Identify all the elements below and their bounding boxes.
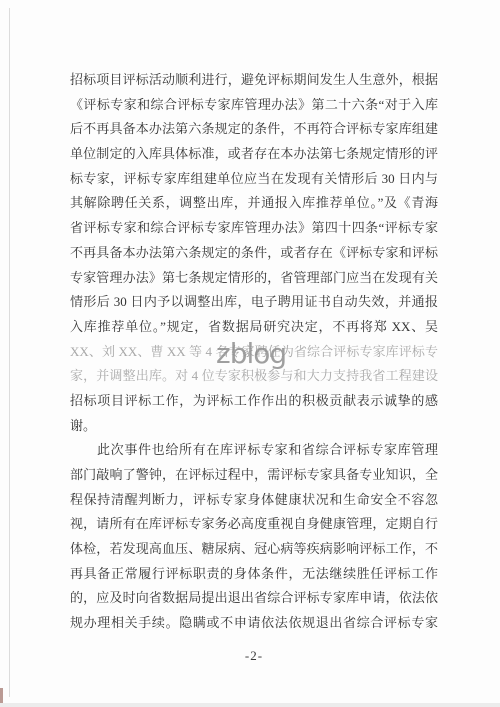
text-line: 视，请所有在库评标专家务必高度重视自身健康管理，定期自行 bbox=[70, 512, 438, 537]
text-line: 情形后 30 日内予以调整出库，电子聘用证书自动失效，并通报 bbox=[70, 290, 438, 315]
text-line: 的，应及时向省数据局提出退出省综合评标专家库申请，依法依 bbox=[70, 586, 438, 611]
text-line: 部门敲响了警钟，在评标过程中，需评标专家具备专业知识，全 bbox=[70, 463, 438, 488]
watermark: zblog bbox=[216, 337, 286, 370]
text-line: 谢。 bbox=[70, 414, 438, 439]
scan-bottom-shadow bbox=[0, 703, 500, 707]
text-line: 后不再具备本办法第六条规定的条件，不再符合评标专家库组建 bbox=[70, 117, 438, 142]
text-line: 招标项目评标活动顺利进行，避免评标期间发生人生意外，根据 bbox=[70, 68, 438, 93]
document-page: 招标项目评标活动顺利进行，避免评标期间发生人生意外，根据《评标专家和综合评标专家… bbox=[0, 0, 500, 707]
text-line: 此次事件也给所有在库评标专家和省综合评标专家库管理 bbox=[70, 438, 438, 463]
text-line: 单位制定的入库具体标准，或者存在本办法第七条规定情形的评 bbox=[70, 142, 438, 167]
text-line: 其解除聘任关系，调整出库，并通报入库推荐单位。”及《青海 bbox=[70, 191, 438, 216]
text-line: 规办理相关手续。隐瞒或不申请依法依规退出省综合评标专家 bbox=[70, 611, 438, 636]
scan-corner-mark bbox=[0, 688, 3, 703]
text-line: 体检，若发现高血压、糖尿病、冠心病等疾病影响评标工作，不 bbox=[70, 537, 438, 562]
page-number: -2- bbox=[70, 648, 438, 664]
text-line: 入库推荐单位。”规定，省数据局研究决定，不再将郑 XX、吴 bbox=[70, 315, 438, 340]
text-line: 《评标专家和综合评标专家库管理办法》第二十六条“对于入库 bbox=[70, 93, 438, 118]
text-line: 专家管理办法》第七条规定情形的，省管理部门应当在发现有关 bbox=[70, 266, 438, 291]
text-line: 省评标专家和综合评标专家库管理办法》第四十四条“评标专家 bbox=[70, 216, 438, 241]
text-line: 再具备正常履行评标职责的身体条件，无法继续胜任评标工作 bbox=[70, 562, 438, 587]
text-line: 招标项目评标工作，为评标工作作出的积极贡献表示诚挚的感 bbox=[70, 389, 438, 414]
scan-edge-line bbox=[9, 8, 10, 697]
text-line: 不再具备本办法第六条规定的条件，或者存在《评标专家和评标 bbox=[70, 241, 438, 266]
text-line: 程保持清醒判断力，评标专家身体健康状况和生命安全不容忽 bbox=[70, 488, 438, 513]
text-line: 标专家，评标专家库组建单位应当在发现有关情形后 30 日内与 bbox=[70, 167, 438, 192]
